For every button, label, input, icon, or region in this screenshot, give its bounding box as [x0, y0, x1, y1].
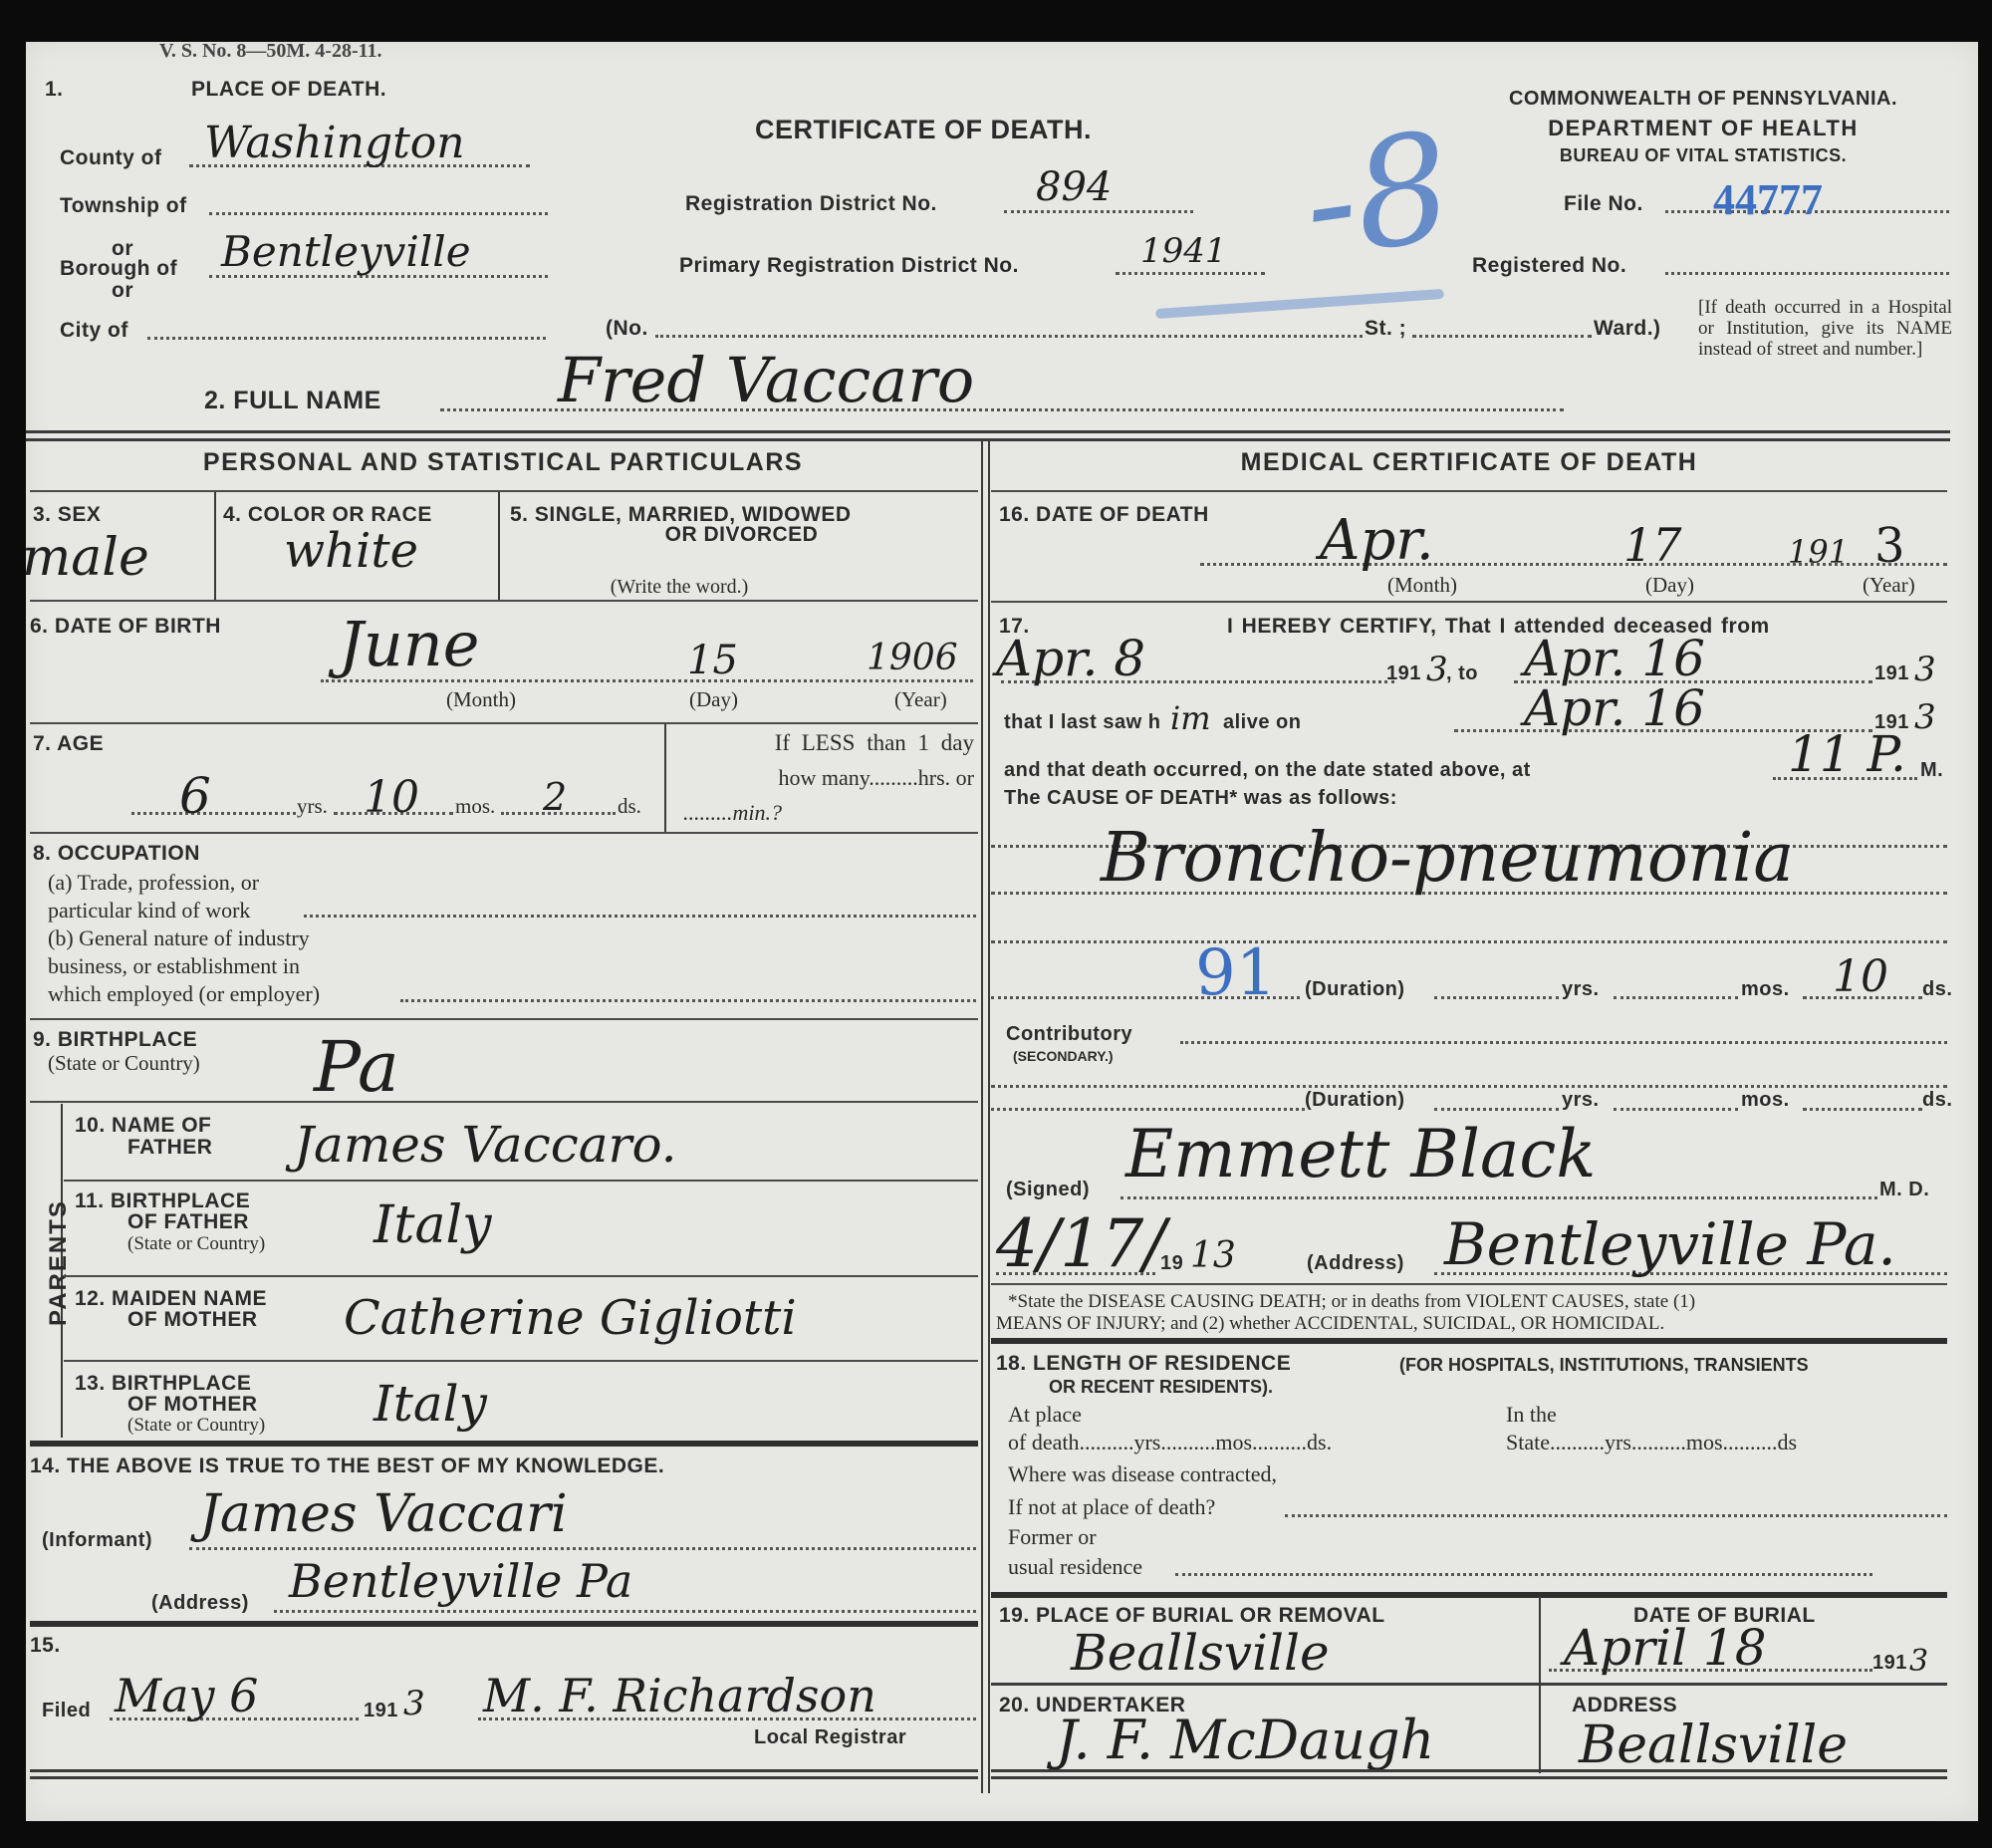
race-value[interactable]: white [284, 523, 418, 579]
full-name-value[interactable]: Fred Vaccaro [558, 344, 974, 416]
agency-department: DEPARTMENT OF HEALTH [1464, 116, 1942, 141]
footnote-line-1: *State the DISEASE CAUSING DEATH; or in … [1008, 1291, 1695, 1313]
sex-value[interactable]: male [22, 528, 149, 588]
section-number-15: 15. [30, 1634, 61, 1658]
filed-year-prefix: 191 [364, 1700, 398, 1722]
occupation-b-text-2: business, or establishment in [48, 953, 300, 979]
place-of-death-heading: PLACE OF DEATH. [191, 78, 386, 102]
occupation-a-text: (a) Trade, profession, or [48, 870, 259, 896]
duration-ds-label: ds. [1922, 1089, 1952, 1112]
residence-note-2: OR RECENT RESIDENTS). [1049, 1377, 1273, 1398]
cell-divider [214, 492, 216, 600]
place-of-burial-value[interactable]: Beallsville [1071, 1624, 1330, 1682]
divider [64, 1360, 978, 1362]
divider [30, 1769, 978, 1772]
to-label: , to [1446, 662, 1478, 685]
undertaker-address-value[interactable]: Beallsville [1579, 1716, 1848, 1775]
hours-field[interactable]: how many.........hrs. or [677, 765, 974, 791]
birthplace-value[interactable]: Pa [314, 1026, 399, 1108]
divider [30, 490, 978, 492]
divider [991, 1776, 1947, 1779]
usual-residence-label: usual residence [1008, 1554, 1142, 1580]
registrar-signature[interactable]: M. F. Richardson [483, 1669, 876, 1722]
divider [991, 1769, 1947, 1772]
duration-yrs-line[interactable] [1434, 996, 1559, 999]
age-label: 7. AGE [33, 732, 104, 756]
registration-district-label: Registration District No. [685, 192, 937, 216]
signed-date-value[interactable]: 4/17/ [996, 1205, 1165, 1282]
dod-day-hint: (Day) [1645, 573, 1694, 598]
registration-district-line [1004, 210, 1193, 213]
last-saw-year[interactable]: 3 [1914, 697, 1936, 737]
cell-divider [664, 724, 666, 832]
age-mos-value[interactable]: 10 [364, 772, 419, 823]
alive-on-label: alive on [1223, 711, 1301, 734]
registered-number-line[interactable] [1665, 272, 1949, 275]
divider [30, 722, 978, 724]
time-suffix: M. [1920, 759, 1943, 782]
occupation-label: 8. OCCUPATION [33, 842, 200, 866]
duration-ds-label: ds. [1922, 978, 1952, 1001]
day-hint: (Day) [689, 687, 738, 712]
personal-particulars-heading: PERSONAL AND STATISTICAL PARTICULARS [30, 448, 976, 477]
informant-address-value[interactable]: Bentleyville Pa [289, 1554, 632, 1608]
time-of-death-value[interactable]: 11 P. [1788, 725, 1906, 783]
physician-address-label: (Address) [1307, 1252, 1404, 1275]
year-prefix: 191 [1386, 662, 1421, 685]
duration-yrs-label: yrs. [1562, 1089, 1600, 1112]
physician-address-value[interactable]: Bentleyville Pa. [1444, 1210, 1896, 1278]
informant-value[interactable]: James Vaccari [199, 1484, 568, 1544]
filed-label: Filed [42, 1700, 91, 1722]
contributory-label: Contributory [1006, 1023, 1132, 1046]
divider [64, 1275, 978, 1277]
county-value[interactable]: Washington [204, 118, 465, 168]
marital-status-label-2: OR DIVORCED [510, 523, 973, 547]
borough-value[interactable]: Bentleyville [221, 227, 471, 276]
occupation-b-text-3: which employed (or employer) [48, 981, 320, 1007]
agency-commonwealth: COMMONWEALTH OF PENNSYLVANIA. [1464, 88, 1942, 111]
dod-month-hint: (Month) [1387, 573, 1457, 598]
dod-year-prefix: 191 [1788, 533, 1849, 571]
duration-mos-line[interactable] [1614, 996, 1738, 999]
father-birthplace-value[interactable]: Italy [373, 1195, 491, 1255]
signed-label: (Signed) [1006, 1179, 1090, 1201]
divider [30, 1776, 978, 1779]
street-field-line[interactable] [655, 335, 1363, 338]
father-name-label: 10. NAME OF [75, 1114, 211, 1138]
borough-label: Borough of [60, 257, 177, 281]
divider [30, 1018, 978, 1020]
occupation-b-text: (b) General nature of industry [48, 925, 310, 951]
mos-label: mos. [455, 794, 495, 819]
year-prefix: 191 [1874, 662, 1909, 685]
attended-to-year[interactable]: 3 [1914, 650, 1936, 689]
street-number-label: (No. [606, 317, 648, 341]
footnote-line-2: MEANS OF INJURY; and (2) whether ACCIDEN… [996, 1313, 1664, 1335]
month-hint: (Month) [446, 687, 516, 712]
age-yrs-line [131, 812, 296, 815]
divider [26, 430, 1950, 433]
occupation-employer-field[interactable] [400, 999, 976, 1002]
dob-year-value[interactable]: 1906 [867, 638, 958, 678]
cause-line [991, 940, 1947, 943]
cause-code-value: 91 [1195, 936, 1276, 1010]
md-label: M. D. [1879, 1179, 1929, 1201]
informant-address-label: (Address) [151, 1592, 249, 1615]
parents-label: PARENTS [45, 1216, 73, 1326]
primary-registration-label: Primary Registration District No. [679, 254, 1019, 278]
residence-note: (FOR HOSPITALS, INSTITUTIONS, TRANSIENTS [1399, 1355, 1809, 1376]
duration-ds-line[interactable] [1803, 1108, 1922, 1111]
time-of-death-label: and that death occurred, on the date sta… [1004, 759, 1531, 782]
section-number-1: 1. [45, 78, 64, 102]
blue-pencil-mark: -8 [1294, 101, 1462, 293]
divider [30, 1101, 978, 1103]
or-label: or [112, 279, 133, 303]
date-of-birth-label: 6. DATE OF BIRTH [30, 615, 221, 639]
attended-from-year[interactable]: 3 [1426, 650, 1448, 689]
dob-day-value[interactable]: 15 [687, 638, 738, 683]
registrar-label: Local Registrar [754, 1726, 906, 1749]
city-label: City of [60, 319, 128, 343]
date-of-burial-value[interactable]: April 18 [1564, 1619, 1767, 1677]
county-label: County of [60, 146, 161, 170]
hospital-note: [If death occurred in a Hospital or Inst… [1698, 297, 1952, 360]
registered-number-label: Registered No. [1472, 254, 1626, 278]
year-19-label: 19 [1160, 1252, 1183, 1275]
minutes-field[interactable]: .........min.? [683, 800, 782, 826]
duration-days-value[interactable]: 10 [1833, 951, 1888, 1002]
agency-bureau: BUREAU OF VITAL STATISTICS. [1464, 145, 1942, 166]
column-divider [988, 438, 990, 1793]
not-at-place-label: If not at place of death? [1008, 1494, 1215, 1520]
ward-label: Ward.) [1594, 317, 1661, 341]
burial-year-suffix[interactable]: 3 [1909, 1644, 1928, 1679]
cause-of-death-value[interactable]: Broncho-pneumonia [1101, 819, 1794, 898]
in-state-duration-field[interactable]: State..........yrs..........mos.........… [1506, 1430, 1797, 1455]
duration-mos-label: mos. [1741, 1089, 1790, 1112]
street-label: St. ; [1365, 317, 1406, 341]
primary-registration-value[interactable]: 1941 [1140, 231, 1227, 271]
burial-year-prefix: 191 [1872, 1652, 1907, 1675]
last-saw-label: that I last saw h [1004, 711, 1160, 734]
contributory-line[interactable] [1180, 1041, 1947, 1044]
yrs-label: yrs. [297, 794, 328, 819]
mother-name-label-2: OF MOTHER [127, 1308, 258, 1332]
contributory-line-2[interactable] [991, 1085, 1947, 1088]
file-number-value[interactable]: 44777 [1713, 174, 1823, 225]
length-of-residence-label: 18. LENGTH OF RESIDENCE [996, 1352, 1291, 1376]
township-label: Township of [60, 194, 187, 218]
undertaker-address-label: ADDRESS [1572, 1694, 1677, 1717]
filed-date-value[interactable]: May 6 [115, 1669, 258, 1722]
duration-label: (Duration) [1305, 1089, 1405, 1112]
duration-mos-label: mos. [1741, 978, 1790, 1001]
sex-label: 3. SEX [33, 503, 101, 527]
dod-day-value[interactable]: 17 [1623, 518, 1682, 572]
informant-label: (Informant) [42, 1529, 152, 1552]
filed-year-suffix[interactable]: 3 [403, 1684, 425, 1723]
dod-year-suffix[interactable]: 3 [1874, 518, 1905, 574]
signed-line [1120, 1196, 1877, 1199]
dob-month-value[interactable]: June [339, 608, 479, 680]
less-than-day-label: If LESS than 1 day [677, 730, 974, 756]
age-ds-value[interactable]: 2 [543, 775, 567, 819]
dod-year-hint: (Year) [1863, 573, 1915, 598]
date-of-death-label: 16. DATE OF DEATH [999, 503, 1209, 527]
duration-yrs-line[interactable] [1434, 1108, 1559, 1111]
divider [991, 1338, 1947, 1344]
mother-birthplace-hint: (State or Country) [127, 1415, 265, 1437]
file-number-label: File No. [1564, 192, 1643, 216]
duration-label: (Duration) [1305, 978, 1405, 1001]
township-field-line[interactable] [209, 212, 548, 215]
divider [30, 1621, 978, 1627]
city-field-line[interactable] [147, 337, 546, 340]
usual-residence-field[interactable] [1175, 1573, 1872, 1576]
divider [991, 490, 1947, 492]
father-birthplace-hint: (State or Country) [127, 1233, 265, 1255]
full-name-label: 2. FULL NAME [204, 387, 381, 415]
certificate-title: CERTIFICATE OF DEATH. [755, 115, 1092, 145]
informant-heading: 14. THE ABOVE IS TRUE TO THE BEST OF MY … [30, 1454, 664, 1478]
primary-registration-line [1116, 272, 1265, 275]
duration-yrs-label: yrs. [1562, 978, 1600, 1001]
in-state-label: In the [1506, 1402, 1557, 1428]
divider [991, 1283, 1947, 1285]
duration-mos-line[interactable] [1614, 1108, 1738, 1111]
secondary-label: (SECONDARY.) [1013, 1048, 1114, 1064]
mother-birthplace-value[interactable]: Italy [373, 1375, 487, 1433]
cause-of-death-label: The CAUSE OF DEATH* was as follows: [1004, 787, 1397, 810]
disease-contracted-field[interactable] [1285, 1514, 1947, 1517]
undertaker-value[interactable]: J. F. McDaugh [1056, 1709, 1434, 1771]
medical-certificate-heading: MEDICAL CERTIFICATE OF DEATH [991, 448, 1947, 477]
divider [991, 1592, 1947, 1598]
duration-line[interactable] [991, 1108, 1305, 1111]
signed-year-value[interactable]: 13 [1190, 1235, 1236, 1276]
attended-from-value[interactable]: Apr. 8 [996, 630, 1145, 687]
disease-contracted-label: Where was disease contracted, [1008, 1461, 1277, 1487]
informant-line [189, 1547, 976, 1550]
birthplace-label: 9. BIRTHPLACE [33, 1028, 197, 1052]
informant-address-line [274, 1610, 976, 1613]
column-divider [981, 438, 983, 1793]
divider [991, 1683, 1947, 1686]
mother-birthplace-label-2: OF MOTHER [127, 1393, 258, 1417]
birthplace-hint: (State or Country) [48, 1051, 200, 1076]
divider [30, 600, 978, 602]
former-residence-label: Former or [1008, 1524, 1097, 1550]
father-birthplace-label-2: OF FATHER [127, 1210, 249, 1234]
divider [30, 1441, 978, 1447]
marital-status-hint: (Write the word.) [510, 576, 849, 599]
divider [991, 601, 1947, 603]
at-place-label: At place [1008, 1402, 1082, 1428]
ds-label: ds. [618, 794, 641, 819]
divider [30, 832, 978, 834]
year-hint: (Year) [894, 687, 947, 712]
physician-signature[interactable]: Emmett Black [1125, 1116, 1596, 1192]
last-saw-pronoun[interactable]: im [1170, 699, 1211, 737]
occupation-trade-field[interactable] [304, 915, 976, 918]
mother-name-value[interactable]: Catherine Gigliotti [344, 1290, 797, 1346]
at-place-duration-field[interactable]: of death..........yrs..........mos......… [1008, 1430, 1332, 1455]
occupation-a-text-2: particular kind of work [48, 898, 250, 924]
dod-month-value[interactable]: Apr. [1320, 508, 1434, 573]
last-saw-date[interactable]: Apr. 16 [1524, 679, 1705, 737]
father-name-label-2: FATHER [127, 1136, 212, 1160]
father-name-value[interactable]: James Vaccaro. [294, 1116, 677, 1174]
age-yrs-value[interactable]: 6 [179, 767, 211, 825]
cell-divider [498, 492, 500, 600]
divider [64, 1180, 978, 1182]
registration-district-value[interactable]: 894 [1036, 164, 1112, 210]
ward-field-line[interactable] [1412, 335, 1592, 338]
